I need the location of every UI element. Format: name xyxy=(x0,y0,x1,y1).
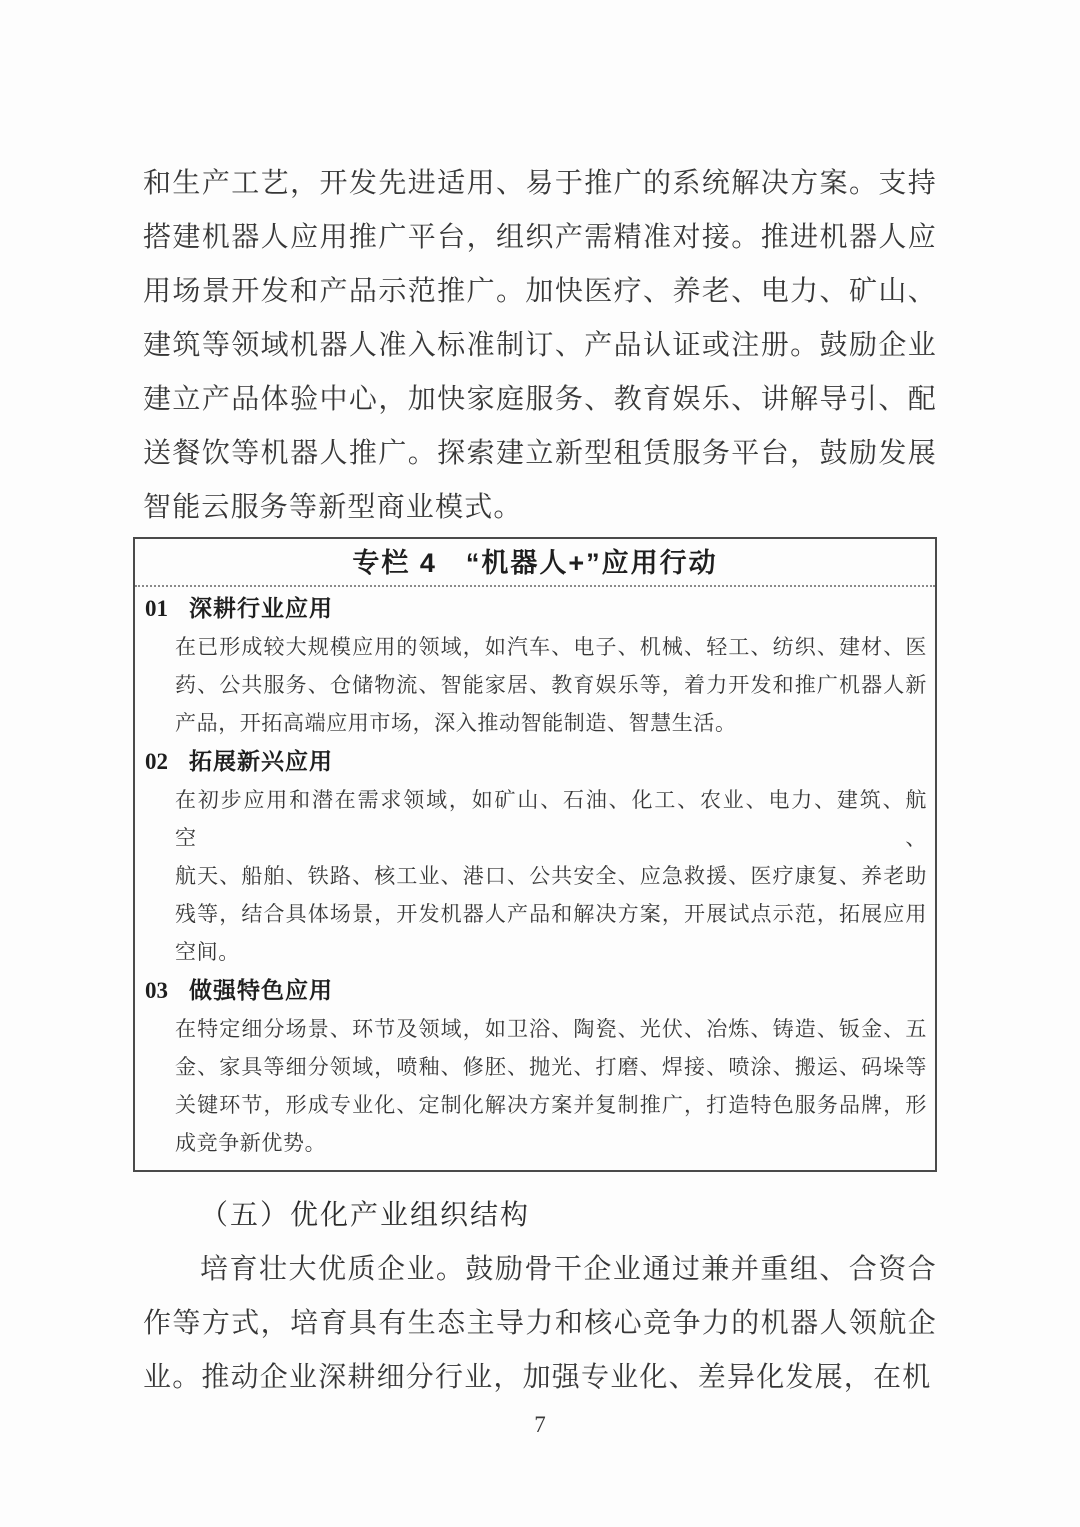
section-body: 在初步应用和潜在需求领域，如矿山、石油、化工、农业、电力、建筑、航空、 航天、船… xyxy=(175,781,927,971)
section-heading-row: 03 做强特色应用 xyxy=(145,971,927,1010)
text-line: 搭建机器人应用推广平台，组织产需精准对接。推进机器人应 xyxy=(143,211,937,265)
panel-sections: 01 深耕行业应用 在已形成较大规模应用的领域，如汽车、电子、机械、轻工、纺织、… xyxy=(135,587,935,1170)
text-line: 业。推动企业深耕细分行业，加强专业化、差异化发展，在机 xyxy=(143,1351,937,1405)
panel-section-03: 03 做强特色应用 在特定细分场景、环节及领域，如卫浴、陶瓷、光伏、冶炼、铸造、… xyxy=(145,971,927,1162)
section-heading-row: 02 拓展新兴应用 xyxy=(145,742,927,781)
panel-section-01: 01 深耕行业应用 在已形成较大规模应用的领域，如汽车、电子、机械、轻工、纺织、… xyxy=(145,589,927,742)
text-line: 产品，开拓高端应用市场，深入推动智能制造、智慧生活。 xyxy=(175,704,927,742)
page-number: 7 xyxy=(0,1412,1080,1438)
text-line: 培育壮大优质企业。鼓励骨干企业通过兼并重组、合资合 xyxy=(143,1243,937,1297)
text-line: 关键环节，形成专业化、定制化解决方案并复制推广，打造特色服务品牌，形 xyxy=(175,1086,927,1124)
text-line: 残等，结合具体场景，开发机器人产品和解决方案，开展试点示范，拓展应用 xyxy=(175,895,927,933)
section-heading-row: 01 深耕行业应用 xyxy=(145,589,927,628)
column-4-panel: 专栏 4 “机器人+”应用行动 01 深耕行业应用 在已形成较大规模应用的领域，… xyxy=(133,537,937,1172)
section-body: 在特定细分场景、环节及领域，如卫浴、陶瓷、光伏、冶炼、铸造、钣金、五 金、家具等… xyxy=(175,1010,927,1162)
document-page: 和生产工艺，开发先进适用、易于推广的系统解决方案。支持 搭建机器人应用推广平台，… xyxy=(0,0,1080,1527)
section-body: 在已形成较大规模应用的领域，如汽车、电子、机械、轻工、纺织、建材、医 药、公共服… xyxy=(175,628,927,742)
text-line: 送餐饮等机器人推广。探索建立新型租赁服务平台，鼓励发展 xyxy=(143,427,937,481)
text-line: 作等方式，培育具有生态主导力和核心竞争力的机器人领航企 xyxy=(143,1297,937,1351)
section-number: 02 xyxy=(145,743,189,781)
text-line: 金、家具等细分领域，喷釉、修胚、抛光、打磨、焊接、喷涂、搬运、码垛等 xyxy=(175,1048,927,1086)
text-line: 在初步应用和潜在需求领域，如矿山、石油、化工、农业、电力、建筑、航空、 xyxy=(175,781,927,857)
text-line: 建筑等领域机器人准入标准制订、产品认证或注册。鼓励企业 xyxy=(143,319,937,373)
text-line: 药、公共服务、仓储物流、智能家居、教育娱乐等，着力开发和推广机器人新 xyxy=(175,666,927,704)
text-line: 和生产工艺，开发先进适用、易于推广的系统解决方案。支持 xyxy=(143,157,937,211)
text-line: 智能云服务等新型商业模式。 xyxy=(143,481,937,535)
text-line: 用场景开发和产品示范推广。加快医疗、养老、电力、矿山、 xyxy=(143,265,937,319)
page-content: 和生产工艺，开发先进适用、易于推广的系统解决方案。支持 搭建机器人应用推广平台，… xyxy=(143,157,937,1405)
text-line: 航天、船舶、铁路、核工业、港口、公共安全、应急救援、医疗康复、养老助 xyxy=(175,857,927,895)
text-line: 在特定细分场景、环节及领域，如卫浴、陶瓷、光伏、冶炼、铸造、钣金、五 xyxy=(175,1010,927,1048)
text-line: 空间。 xyxy=(175,933,927,971)
text-line: 成竞争新优势。 xyxy=(175,1124,927,1162)
panel-section-02: 02 拓展新兴应用 在初步应用和潜在需求领域，如矿山、石油、化工、农业、电力、建… xyxy=(145,742,927,971)
panel-title: 专栏 4 “机器人+”应用行动 xyxy=(135,539,935,587)
section-heading: 做强特色应用 xyxy=(189,971,333,1009)
text-line: 建立产品体验中心，加快家庭服务、教育娱乐、讲解导引、配 xyxy=(143,373,937,427)
section-heading: 拓展新兴应用 xyxy=(189,742,333,780)
subsection-heading: （五）优化产业组织结构 xyxy=(143,1188,937,1243)
section-number: 01 xyxy=(145,590,189,628)
closing-paragraph: 培育壮大优质企业。鼓励骨干企业通过兼并重组、合资合 作等方式，培育具有生态主导力… xyxy=(143,1243,937,1405)
section-heading: 深耕行业应用 xyxy=(189,589,333,627)
section-number: 03 xyxy=(145,972,189,1010)
intro-paragraph: 和生产工艺，开发先进适用、易于推广的系统解决方案。支持 搭建机器人应用推广平台，… xyxy=(143,157,937,535)
text-line: 在已形成较大规模应用的领域，如汽车、电子、机械、轻工、纺织、建材、医 xyxy=(175,628,927,666)
